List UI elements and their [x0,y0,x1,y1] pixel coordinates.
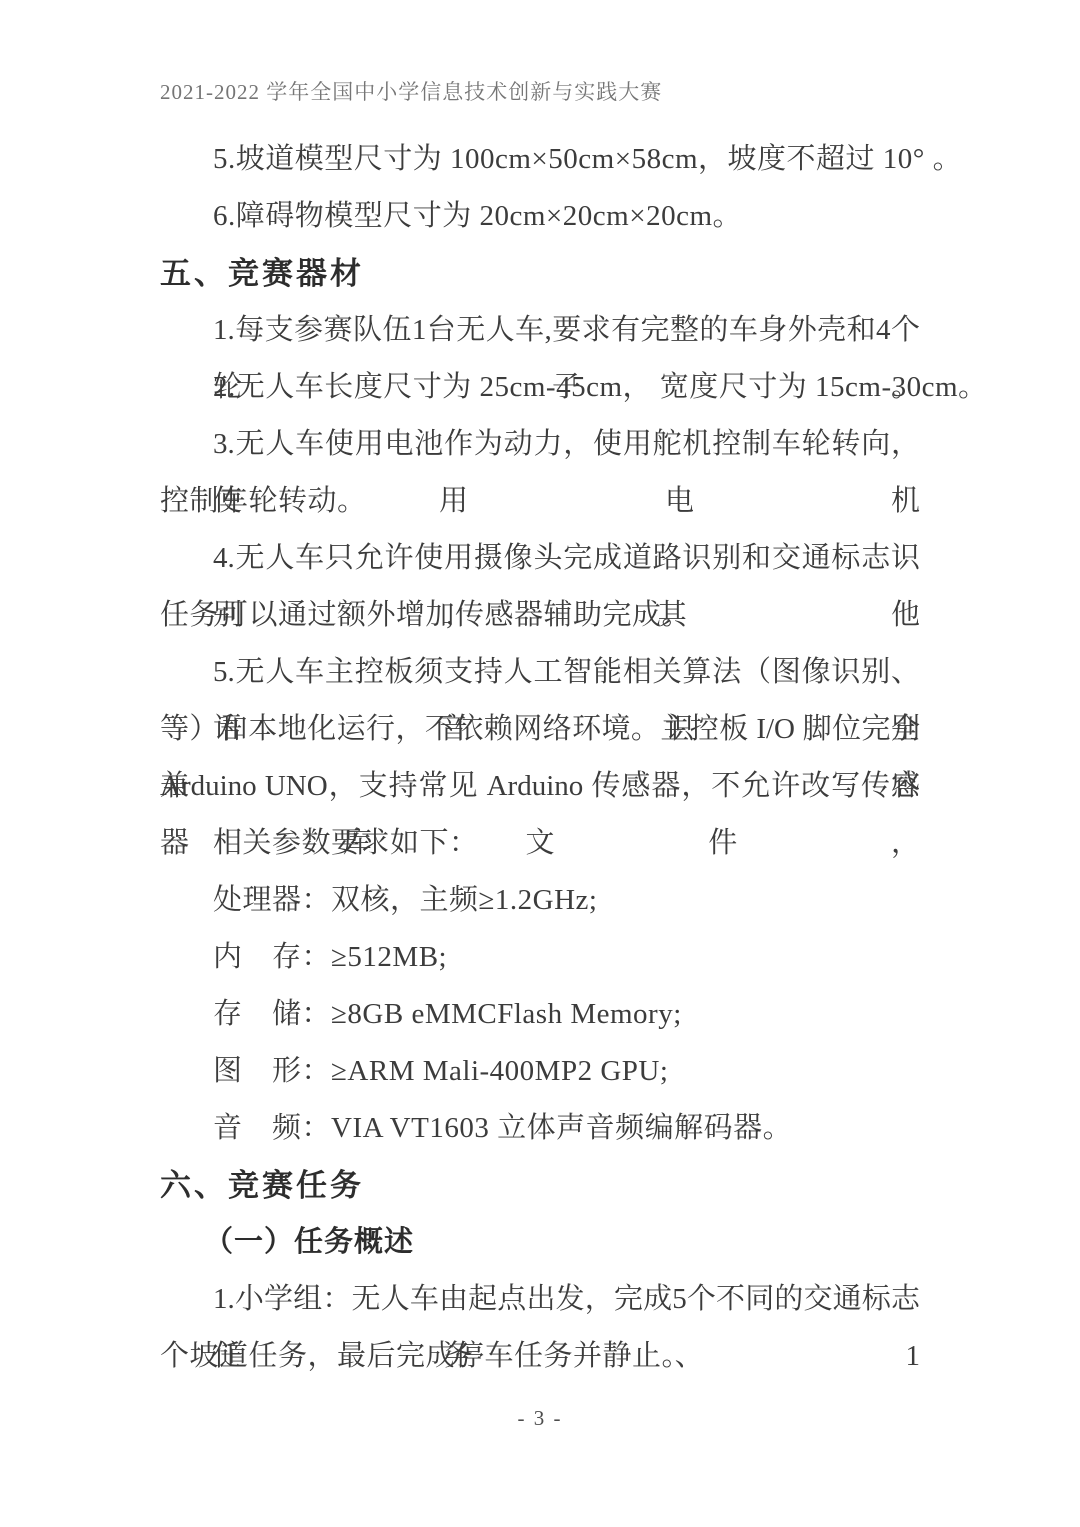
document-header: 2021-2022 学年全国中小学信息技术创新与实践大赛 [160,76,662,106]
section-heading: 六、竞赛任务 [160,1157,920,1214]
document-line: 存 储：≥8GB eMMCFlash Memory; [160,986,920,1043]
document-line: 1.小学组：无人车由起点出发，完成5个不同的交通标志任务、1 [160,1271,920,1328]
document-line: 5.无人车主控板须支持人工智能相关算法（图像识别、语音识别 [160,644,920,701]
document-line: 4.无人车只允许使用摄像头完成道路识别和交通标志识别,其他 [160,530,920,587]
document-line: 6.障碍物模型尺寸为 20cm×20cm×20cm。 [160,188,920,245]
document-body: 5.坡道模型尺寸为 100cm×50cm×58cm，坡度不超过 10° 。6.障… [160,131,920,1385]
document-line: 5.坡道模型尺寸为 100cm×50cm×58cm，坡度不超过 10° 。 [160,131,920,188]
document-line: 2.无人车长度尺寸为 25cm-45cm， 宽度尺寸为 15cm-30cm。 [160,359,920,416]
document-page: 2021-2022 学年全国中小学信息技术创新与实践大赛 5.坡道模型尺寸为 1… [0,0,1080,1527]
document-line: 图 形：≥ARM Mali-400MP2 GPU; [160,1043,920,1100]
document-line: 等）和本地化运行，不依赖网络环境。主控板 I/O 脚位完全兼容 [160,701,920,758]
document-line: Arduino UNO，支持常见 Arduino 传感器，不允许改写传感器库文件… [160,758,920,815]
page-number: - 3 - [0,1406,1080,1431]
document-line: 音 频：VIA VT1603 立体声音频编解码器。 [160,1100,920,1157]
document-line: 1.每支参赛队伍1台无人车,要求有完整的车身外壳和4个轮子。 [160,302,920,359]
document-line: 处理器：双核，主频≥1.2GHz; [160,872,920,929]
subsection-heading: （一）任务概述 [160,1214,920,1271]
section-heading: 五、竞赛器材 [160,245,920,302]
document-line: 内 存：≥512MB; [160,929,920,986]
document-line: 3.无人车使用电池作为动力，使用舵机控制车轮转向，使用电机 [160,416,920,473]
